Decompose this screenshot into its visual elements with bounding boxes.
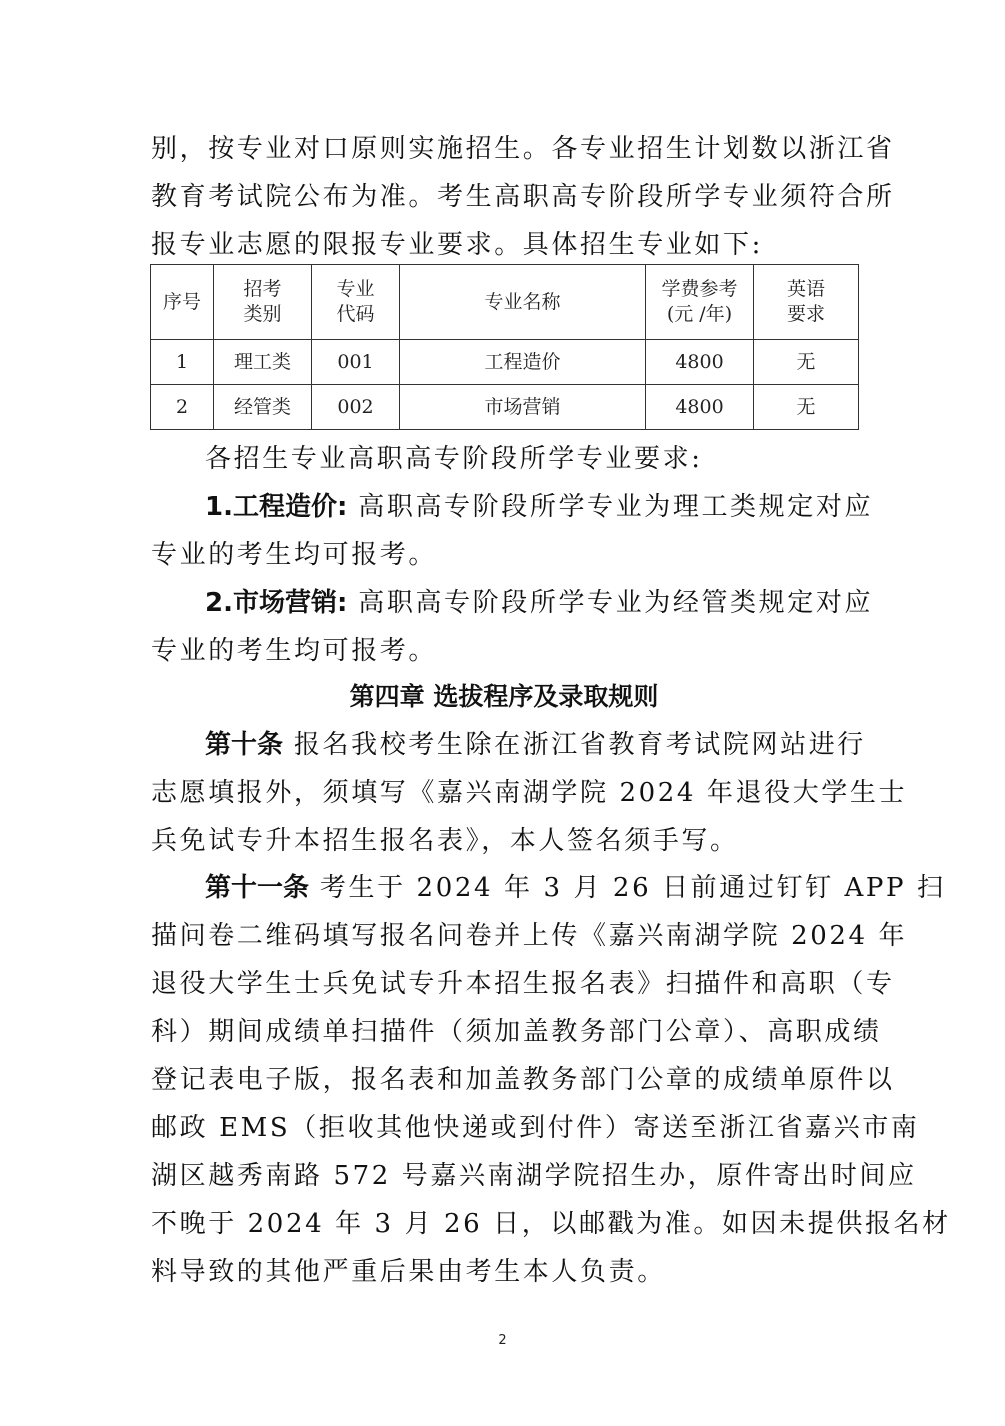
intro-line-3: 报专业志愿的限报专业要求。具体招生专业如下:	[151, 228, 857, 262]
header-tuition: 学费参考(元 /年)	[646, 265, 754, 340]
cell-code: 002	[312, 385, 400, 430]
header-category: 招考类别	[214, 265, 312, 340]
article-10-label: 第十条	[205, 730, 283, 760]
article-11-line-3: 退役大学生士兵免试专升本招生报名表》扫描件和高职（专	[151, 967, 857, 1001]
header-english: 英语要求	[754, 265, 859, 340]
article-11-line-5: 登记表电子版，报名表和加盖教务部门公章的成绩单原件以	[151, 1063, 857, 1097]
cell-major-name: 工程造价	[400, 340, 646, 385]
article-11-line-8: 不晚于 2024 年 3 月 26 日，以邮戳为准。如因未提供报名材	[151, 1207, 857, 1241]
header-major-name: 专业名称	[400, 265, 646, 340]
requirements-intro: 各招生专业高职高专阶段所学专业要求:	[205, 442, 857, 476]
cell-major-name: 市场营销	[400, 385, 646, 430]
cell-english: 无	[754, 385, 859, 430]
majors-table: 序号 招考类别 专业代码 专业名称 学费参考(元 /年) 英语要求 1 理工类 …	[150, 264, 859, 430]
article-11-label: 第十一条	[205, 873, 309, 903]
cell-english: 无	[754, 340, 859, 385]
intro-line-2: 教育考试院公布为准。考生高职高专阶段所学专业须符合所	[151, 180, 857, 214]
cell-index: 2	[151, 385, 214, 430]
header-index: 序号	[151, 265, 214, 340]
cell-category: 经管类	[214, 385, 312, 430]
article-10-line-1: 第十条 报名我校考生除在浙江省教育考试院网站进行	[205, 728, 857, 762]
article-11-line-7: 湖区越秀南路 572 号嘉兴南湖学院招生办，原件寄出时间应	[151, 1159, 857, 1193]
article-11-line-4: 科）期间成绩单扫描件（须加盖教务部门公章）、高职成绩	[151, 1015, 857, 1049]
table-header-row: 序号 招考类别 专业代码 专业名称 学费参考(元 /年) 英语要求	[151, 265, 859, 340]
document-page: 别，按专业对口原则实施招生。各专业招生计划数以浙江省 教育考试院公布为准。考生高…	[0, 0, 1005, 1426]
table-row: 2 经管类 002 市场营销 4800 无	[151, 385, 859, 430]
intro-line-1: 别，按专业对口原则实施招生。各专业招生计划数以浙江省	[151, 132, 857, 166]
requirement-1-line-1: 1.工程造价: 高职高专阶段所学专业为理工类规定对应	[205, 490, 857, 524]
chapter-heading: 第四章 选拔程序及录取规则	[151, 680, 857, 714]
header-code: 专业代码	[312, 265, 400, 340]
requirement-2-line-2: 专业的考生均可报考。	[151, 634, 857, 668]
article-11-line-2: 描问卷二维码填写报名问卷并上传《嘉兴南湖学院 2024 年	[151, 919, 857, 953]
table-row: 1 理工类 001 工程造价 4800 无	[151, 340, 859, 385]
cell-tuition: 4800	[646, 340, 754, 385]
cell-tuition: 4800	[646, 385, 754, 430]
cell-code: 001	[312, 340, 400, 385]
cell-index: 1	[151, 340, 214, 385]
requirement-2-label: 2.市场营销:	[205, 588, 347, 618]
requirement-1-label: 1.工程造价:	[205, 492, 347, 522]
article-11-line-9: 料导致的其他严重后果由考生本人负责。	[151, 1255, 857, 1289]
requirement-1-line-2: 专业的考生均可报考。	[151, 538, 857, 572]
article-10-line-2: 志愿填报外，须填写《嘉兴南湖学院 2024 年退役大学生士	[151, 776, 857, 810]
article-11-line-6: 邮政 EMS（拒收其他快递或到付件）寄送至浙江省嘉兴市南	[151, 1111, 857, 1145]
article-10-line-3: 兵免试专升本招生报名表》，本人签名须手写。	[151, 824, 857, 858]
page-number: 2	[0, 1333, 1005, 1348]
article-11-line-1: 第十一条 考生于 2024 年 3 月 26 日前通过钉钉 APP 扫	[205, 871, 857, 905]
cell-category: 理工类	[214, 340, 312, 385]
requirement-2-line-1: 2.市场营销: 高职高专阶段所学专业为经管类规定对应	[205, 586, 857, 620]
